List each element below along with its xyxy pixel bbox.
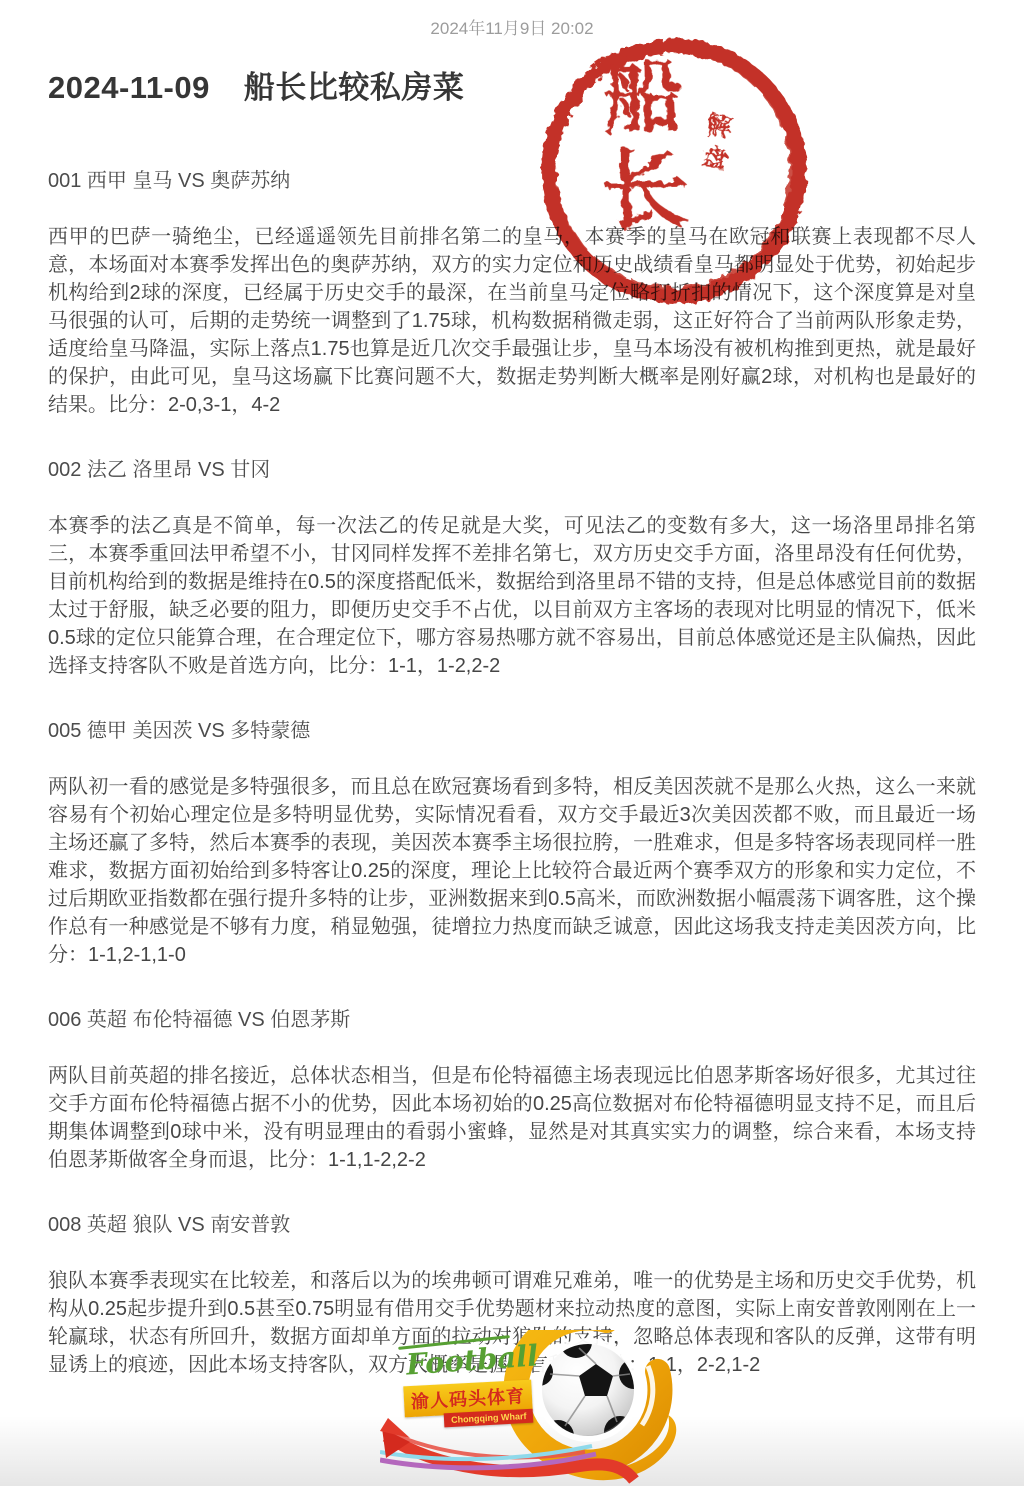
page-title: 2024-11-09船长比较私房菜	[48, 62, 976, 107]
match-header: 002 法乙 洛里昂 VS 甘冈	[48, 453, 976, 482]
title-name: 船长比较私房菜	[244, 70, 465, 105]
match-analysis: 本赛季的法乙真是不简单，每一次法乙的传足就是大奖，可见法乙的变数有多大，这一场洛…	[48, 512, 976, 680]
match-section-001: 001 西甲 皇马 VS 奥萨苏纳 西甲的巴萨一骑绝尘，已经遥遥领先目前排名第二…	[48, 164, 976, 419]
match-header: 008 英超 狼队 VS 南安普敦	[48, 1208, 976, 1237]
match-analysis: 西甲的巴萨一骑绝尘，已经遥遥领先目前排名第二的皇马，本赛季的皇马在欧冠和联赛上表…	[48, 223, 976, 419]
article-timestamp: 2024年11月9日 20:02	[0, 0, 1024, 38]
match-header: 001 西甲 皇马 VS 奥萨苏纳	[48, 164, 976, 193]
match-section-005: 005 德甲 美因茨 VS 多特蒙德 两队初一看的感觉是多特强很多，而且总在欧冠…	[48, 714, 976, 969]
match-section-006: 006 英超 布伦特福德 VS 伯恩茅斯 两队目前英超的排名接近，总体状态相当，…	[48, 1003, 976, 1174]
match-section-002: 002 法乙 洛里昂 VS 甘冈 本赛季的法乙真是不简单，每一次法乙的传足就是大…	[48, 453, 976, 680]
article-page: 2024年11月9日 20:02 2024-11-09船长比较私房菜 船 长 解…	[0, 0, 1024, 1486]
match-header: 006 英超 布伦特福德 VS 伯恩茅斯	[48, 1003, 976, 1032]
brand-logo: Football 渝人码头体育 Chongqing Wharf	[380, 1330, 690, 1486]
article-content: 001 西甲 皇马 VS 奥萨苏纳 西甲的巴萨一骑绝尘，已经遥遥领先目前排名第二…	[48, 164, 976, 1379]
match-header: 005 德甲 美因茨 VS 多特蒙德	[48, 714, 976, 743]
match-analysis: 两队初一看的感觉是多特强很多，而且总在欧冠赛场看到多特，相反美因茨就不是那么火热…	[48, 773, 976, 969]
title-date: 2024-11-09	[48, 70, 210, 105]
match-analysis: 两队目前英超的排名接近，总体状态相当，但是布伦特福德主场表现远比伯恩茅斯客场好很…	[48, 1062, 976, 1174]
